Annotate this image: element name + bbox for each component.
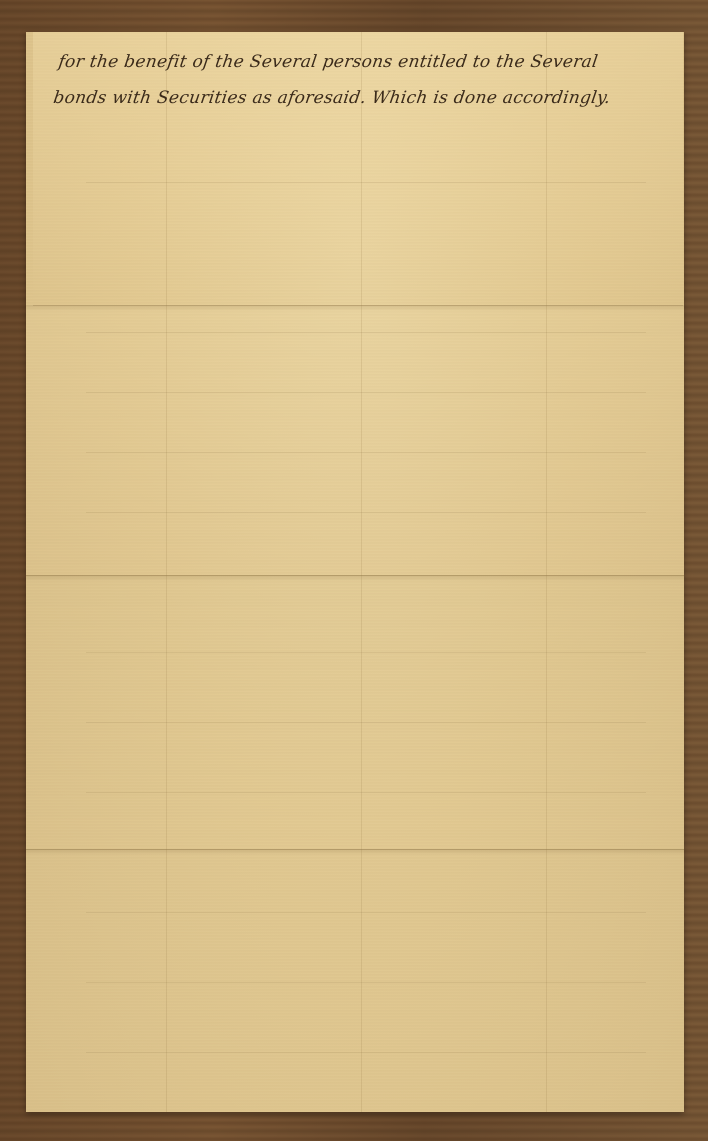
bleed-through-text <box>86 792 646 793</box>
bleed-through-text <box>86 912 646 913</box>
bleed-through-text <box>86 182 646 183</box>
fold-panel-3 <box>26 575 684 850</box>
bleed-through-text <box>86 392 646 393</box>
fold-line <box>26 575 684 581</box>
paper-ruling <box>361 32 362 1112</box>
manuscript-page: for the benefit of the Several persons e… <box>26 32 684 1112</box>
bleed-through-text <box>86 452 646 453</box>
bleed-through-text <box>86 332 646 333</box>
bleed-through-text <box>86 1052 646 1053</box>
handwritten-text: for the benefit of the Several persons e… <box>51 44 691 116</box>
bleed-through-text <box>86 512 646 513</box>
fold-line <box>26 305 684 311</box>
fold-panel-4 <box>26 849 684 1112</box>
bleed-through-text <box>86 722 646 723</box>
fold-panel-2 <box>26 305 684 576</box>
bleed-through-text <box>86 652 646 653</box>
paper-ruling <box>546 32 547 1112</box>
text-line-1: for the benefit of the Several persons e… <box>56 44 691 80</box>
paper-ruling <box>166 32 167 1112</box>
bleed-through-text <box>86 982 646 983</box>
text-line-2: bonds with Securities as aforesaid. Whic… <box>51 80 686 116</box>
fold-line <box>26 849 684 855</box>
